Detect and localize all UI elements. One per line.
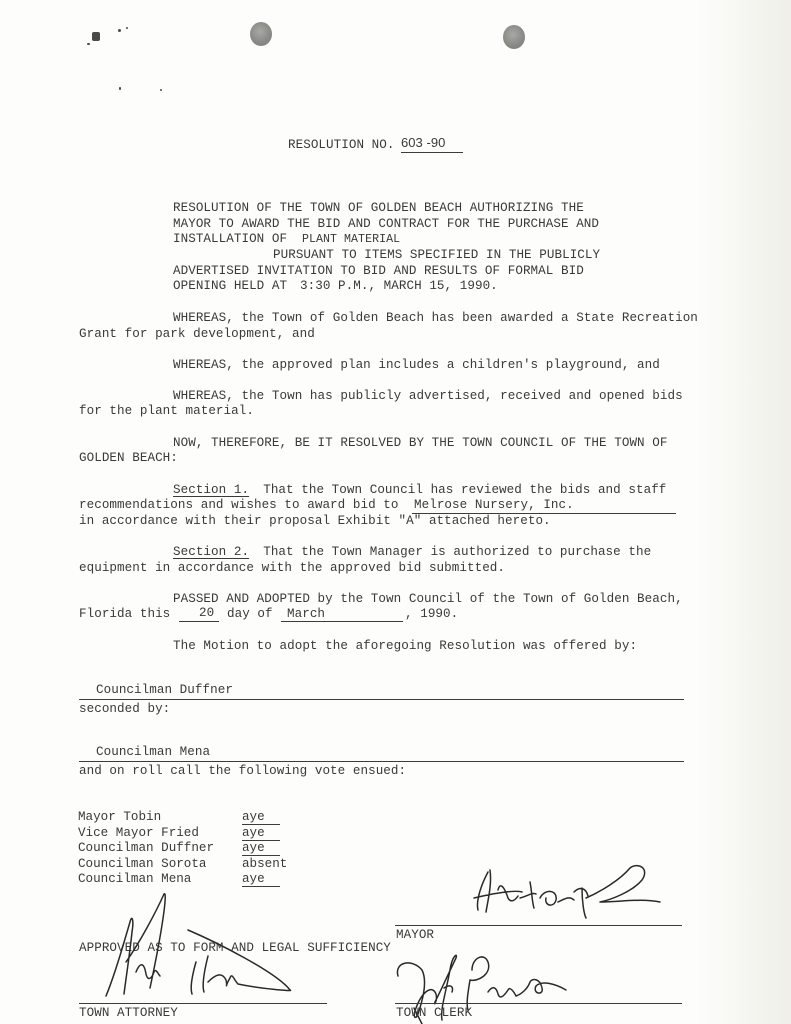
scan-speck [119,87,121,90]
vote-value: aye [242,872,280,887]
vote-value: aye [242,810,280,825]
resolved-line1: NOW, THEREFORE, BE IT RESOLVED BY THE TO… [173,436,668,450]
passed-line1: PASSED AND ADOPTED by the Town Council o… [173,592,683,606]
clerk-signature-line [395,1003,682,1004]
resolution-number: 603 -90 [401,136,445,150]
vote-member-name: Councilman Mena [78,872,191,886]
section-1-line2: recommendations and wishes to award bid … [79,498,406,512]
scan-speck [87,43,90,45]
attorney-signature-line [79,1003,327,1004]
passed-month: March [287,607,325,621]
section-2-line2: equipment in accordance with the approve… [79,561,505,575]
mayor-signature [470,862,670,924]
scan-speck [126,27,128,29]
vote-member-name: Councilman Duffner [78,841,214,855]
vote-value: aye [242,841,280,856]
vote-member-name: Mayor Tobin [78,810,161,824]
scan-speck [92,32,100,41]
whereas-1-line1: WHEREAS, the Town of Golden Beach has be… [173,311,698,325]
offered-by: Councilman Duffner [96,683,233,697]
vote-member-name: Councilman Sorota [78,857,206,871]
hole-punch-right [503,25,525,49]
title-line: RESOLUTION OF THE TOWN OF GOLDEN BEACH A… [173,201,584,215]
whereas-2-line1: WHEREAS, the approved plan includes a ch… [173,358,660,372]
resolution-number-underline [401,152,463,153]
vote-value: aye [242,826,280,841]
seconded-label: seconded by: [79,702,170,716]
resolution-label: RESOLUTION NO. [288,138,395,152]
day-underline [179,621,219,622]
motion-intro: The Motion to adopt the aforegoing Resol… [173,639,637,653]
section-1-heading: Section 1. [173,483,249,497]
roll-call-label: and on roll call the following vote ensu… [79,764,406,778]
whereas-3-line2: for the plant material. [79,404,254,418]
mayor-signature-line [395,925,682,926]
title-line: ADVERTISED INVITATION TO BID AND RESULTS… [173,264,584,278]
passed-mid: day of [227,607,273,621]
title-line: INSTALLATION OF [173,232,287,246]
section-1-awardee: Melrose Nursery, Inc. [414,498,574,512]
section-1-line3: in accordance with their proposal Exhibi… [79,514,551,528]
title-line: PURSUANT TO ITEMS SPECIFIED IN THE PUBLI… [273,248,600,262]
section-2-heading: Section 2. [173,545,249,559]
vote-value: absent [242,857,287,871]
offered-by-line [79,699,684,700]
title-line: MAYOR TO AWARD THE BID AND CONTRACT FOR … [173,217,599,231]
title-opening-fill: 3:30 P.M., MARCH 15, 1990. [300,279,498,293]
seconded-by: Councilman Mena [96,745,210,759]
title-line: OPENING HELD AT [173,279,287,293]
title-item-fill: PLANT MATERIAL [302,233,400,247]
seconded-by-line [79,761,684,762]
hole-punch-left [250,22,272,46]
section-1-line1: That the Town Council has reviewed the b… [248,483,666,497]
month-underline [281,621,403,622]
scan-speck [118,29,121,32]
passed-year: , 1990. [405,607,458,621]
clerk-label: TOWN CLERK [396,1006,472,1020]
mayor-label: MAYOR [396,928,434,942]
vote-member-name: Vice Mayor Fried [78,826,199,840]
passed-prefix: Florida this [79,607,170,621]
scan-speck [160,89,162,91]
section-2-line1: That the Town Manager is authorized to p… [248,545,651,559]
town-attorney-signature [96,892,306,1004]
whereas-1-line2: Grant for park development, and [79,327,315,341]
resolved-line2: GOLDEN BEACH: [79,451,178,465]
passed-day: 20 [199,606,214,620]
whereas-3-line1: WHEREAS, the Town has publicly advertise… [173,389,683,403]
attorney-label: TOWN ATTORNEY [79,1006,178,1020]
